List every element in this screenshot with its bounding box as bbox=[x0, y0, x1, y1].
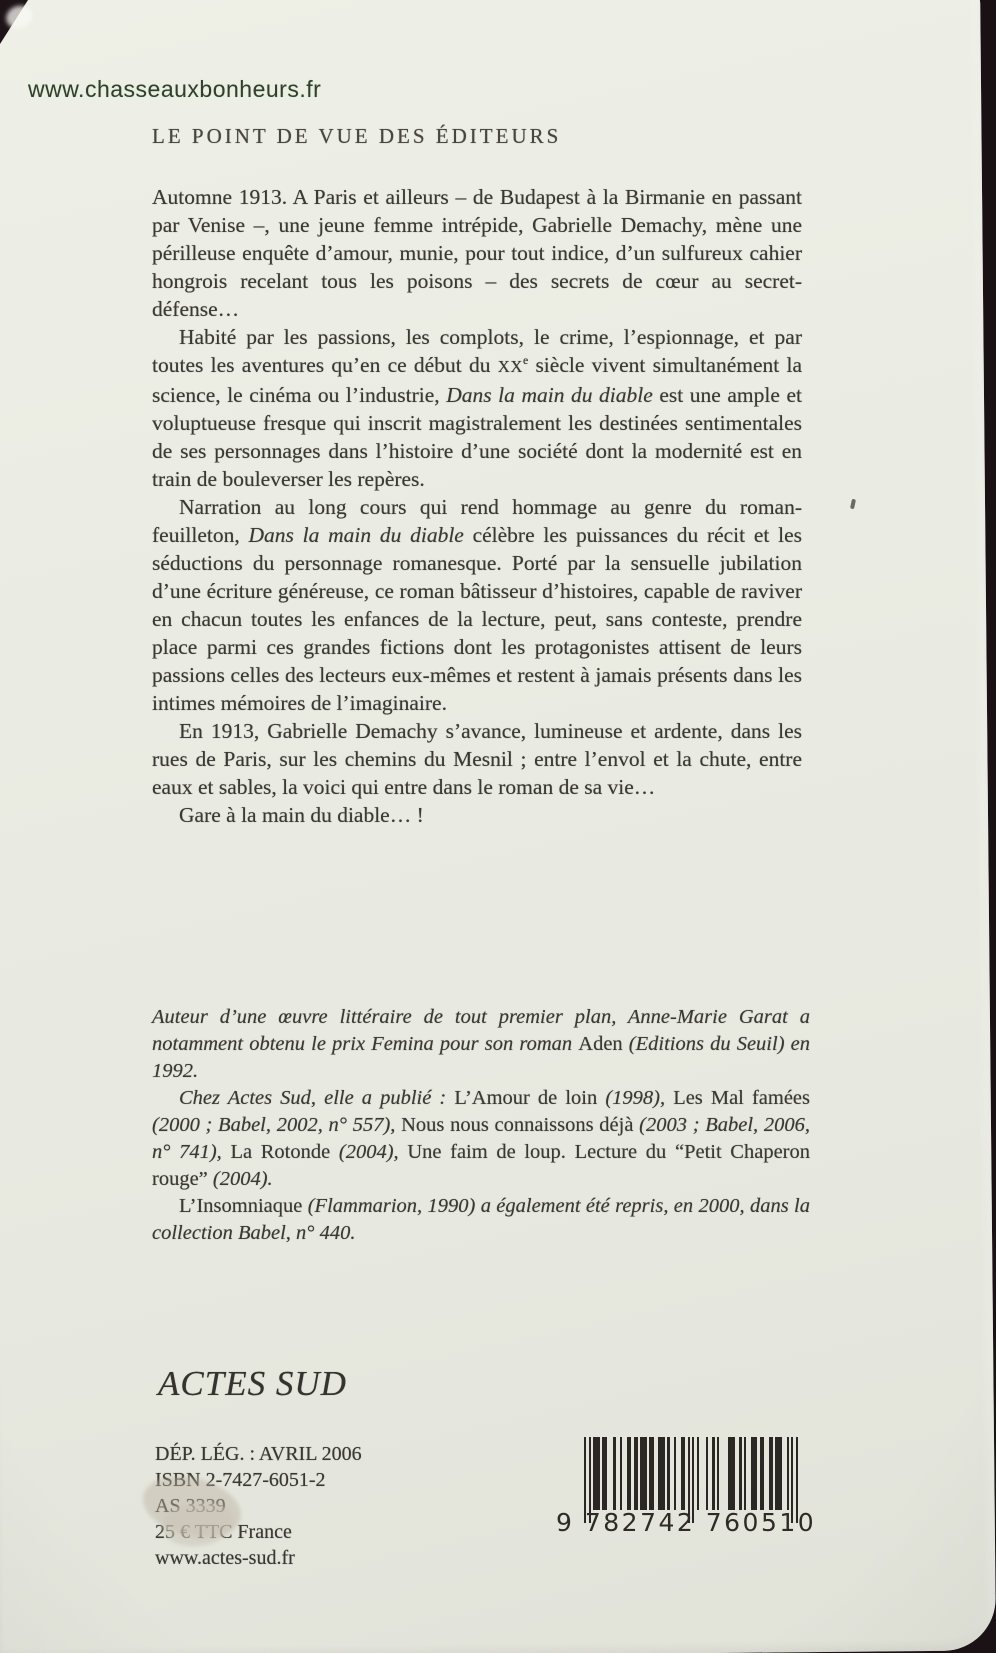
book-back-cover-photo: www.chasseauxbonheurs.fr LE POINT DE VUE… bbox=[0, 0, 996, 1653]
colophon-line: www.actes-sud.fr bbox=[155, 1545, 362, 1571]
stray-ink-mark bbox=[850, 499, 856, 510]
paragraph: En 1913, Gabrielle Demachy s’avance, lum… bbox=[152, 717, 802, 801]
barcode: 9 782742 760510 bbox=[556, 1433, 816, 1543]
synopsis-text: Automne 1913. A Paris et ailleurs – de B… bbox=[152, 183, 802, 829]
colophon-line: DÉP. LÉG. : AVRIL 2006 bbox=[155, 1441, 362, 1467]
paragraph: Automne 1913. A Paris et ailleurs – de B… bbox=[152, 183, 802, 323]
paragraph: Habité par les passions, les complots, l… bbox=[152, 323, 802, 493]
section-title: LE POINT DE VUE DES ÉDITEURS bbox=[152, 124, 561, 149]
paragraph: Gare à la main du diable… ! bbox=[152, 801, 802, 829]
paragraph: Narration au long cours qui rend hommage… bbox=[152, 493, 802, 717]
paragraph: Chez Actes Sud, elle a publié : L’Amour … bbox=[152, 1085, 810, 1193]
cover-content: www.chasseauxbonheurs.fr LE POINT DE VUE… bbox=[0, 0, 996, 1653]
publisher-logo: ACTES SUD bbox=[158, 1364, 347, 1404]
paragraph: Auteur d’une œuvre littéraire de tout pr… bbox=[152, 1004, 810, 1085]
paragraph: L’Insomniaque (Flammarion, 1990) a égale… bbox=[152, 1193, 810, 1247]
author-bibliography: Auteur d’une œuvre littéraire de tout pr… bbox=[152, 1004, 810, 1247]
watermark-url: www.chasseauxbonheurs.fr bbox=[28, 76, 321, 103]
barcode-number: 9 782742 760510 bbox=[556, 1508, 816, 1537]
